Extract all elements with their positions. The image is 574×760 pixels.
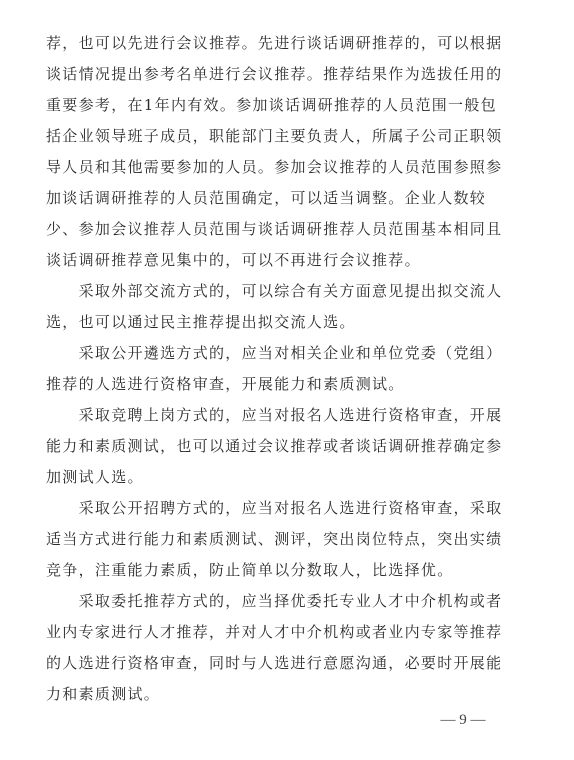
text-line: 的人选进行资格审查，同时与人选进行意愿沟通，必要时开展能: [46, 648, 516, 679]
text-line: 少、参加会议推荐人员范围与谈话调研推荐人员范围基本相同且: [46, 214, 516, 245]
text-line: 推荐的人选进行资格审查，开展能力和素质测试。: [46, 369, 516, 400]
text-line: 谈话情况提出参考名单进行会议推荐。推荐结果作为选拔任用的: [46, 59, 516, 90]
document-page: 荐，也可以先进行会议推荐。先进行谈话调研推荐的，可以根据 谈话情况提出参考名单进…: [0, 0, 574, 760]
text-line: 力和素质测试。: [46, 679, 516, 710]
text-line: 能力和素质测试，也可以通过会议推荐或者谈话调研推荐确定参: [46, 431, 516, 462]
text-line: 采取委托推荐方式的，应当择优委托专业人才中介机构或者: [46, 586, 516, 617]
paragraph-open-recruitment: 采取公开招聘方式的，应当对报名人选进行资格审查，采取 适当方式进行能力和素质测试…: [46, 493, 516, 586]
document-body: 荐，也可以先进行会议推荐。先进行谈话调研推荐的，可以根据 谈话情况提出参考名单进…: [46, 28, 516, 710]
text-line: 选，也可以通过民主推荐提出拟交流人选。: [46, 307, 516, 338]
text-line: 谈话调研推荐意见集中的，可以不再进行会议推荐。: [46, 245, 516, 276]
text-line: 加谈话调研推荐的人员范围确定，可以适当调整。企业人数较: [46, 183, 516, 214]
text-line: 竞争，注重能力素质，防止简单以分数取人，比选择优。: [46, 555, 516, 586]
text-line: 业内专家进行人才推荐，并对人才中介机构或者业内专家等推荐: [46, 617, 516, 648]
paragraph-external-exchange: 采取外部交流方式的，可以综合有关方面意见提出拟交流人 选，也可以通过民主推荐提出…: [46, 276, 516, 338]
paragraph-entrusted-recommendation: 采取委托推荐方式的，应当择优委托专业人才中介机构或者 业内专家进行人才推荐，并对…: [46, 586, 516, 710]
text-line: 采取竞聘上岗方式的，应当对报名人选进行资格审查，开展: [46, 400, 516, 431]
text-line: 导人员和其他需要参加的人员。参加会议推荐的人员范围参照参: [46, 152, 516, 183]
text-line: 加测试人选。: [46, 462, 516, 493]
text-line: 荐，也可以先进行会议推荐。先进行谈话调研推荐的，可以根据: [46, 28, 516, 59]
paragraph-continued-recommendation: 荐，也可以先进行会议推荐。先进行谈话调研推荐的，可以根据 谈话情况提出参考名单进…: [46, 28, 516, 276]
text-line: 采取公开招聘方式的，应当对报名人选进行资格审查，采取: [46, 493, 516, 524]
paragraph-open-selection: 采取公开遴选方式的，应当对相关企业和单位党委（党组） 推荐的人选进行资格审查，开…: [46, 338, 516, 400]
text-line: 重要参考，在1年内有效。参加谈话调研推荐的人员范围一般包: [46, 90, 516, 121]
paragraph-competitive-appointment: 采取竞聘上岗方式的，应当对报名人选进行资格审查，开展 能力和素质测试，也可以通过…: [46, 400, 516, 493]
text-line: 采取外部交流方式的，可以综合有关方面意见提出拟交流人: [46, 276, 516, 307]
page-number: — 9 —: [432, 712, 494, 729]
text-line: 采取公开遴选方式的，应当对相关企业和单位党委（党组）: [46, 338, 516, 369]
text-line: 括企业领导班子成员，职能部门主要负责人，所属子公司正职领: [46, 121, 516, 152]
text-line: 适当方式进行能力和素质测试、测评，突出岗位特点，突出实绩: [46, 524, 516, 555]
